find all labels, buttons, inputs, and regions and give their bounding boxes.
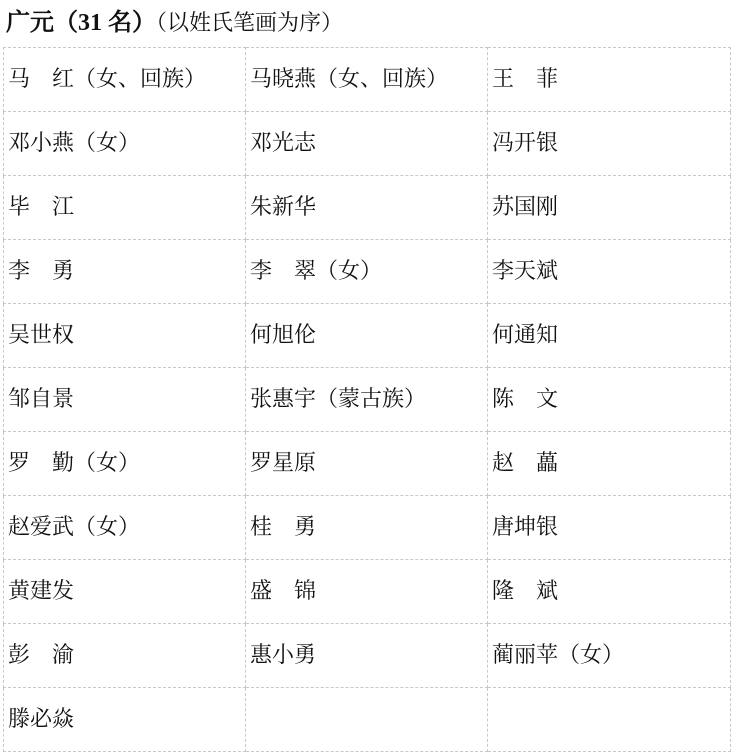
name-cell: 马 红（女、回族） [4, 48, 246, 112]
name-cell: 张惠宇（蒙古族） [246, 368, 488, 432]
name-cell: 朱新华 [246, 176, 488, 240]
name-cell: 邓小燕（女） [4, 112, 246, 176]
name-cell: 冯开银 [488, 112, 731, 176]
name-cell: 邹自景 [4, 368, 246, 432]
name-cell: 赵 藟 [488, 432, 731, 496]
name-cell: 滕必焱 [4, 688, 246, 752]
name-cell: 盛 锦 [246, 560, 488, 624]
name-cell: 陈 文 [488, 368, 731, 432]
name-cell: 黄建发 [4, 560, 246, 624]
name-cell: 罗 勤（女） [4, 432, 246, 496]
name-cell: 彭 渝 [4, 624, 246, 688]
name-cell: 苏国刚 [488, 176, 731, 240]
name-cell: 罗星原 [246, 432, 488, 496]
table-row: 毕 江 朱新华 苏国刚 [4, 176, 731, 240]
name-cell: 唐坤银 [488, 496, 731, 560]
table-row: 李 勇 李 翠（女） 李天斌 [4, 240, 731, 304]
table-row: 邹自景 张惠宇（蒙古族） 陈 文 [4, 368, 731, 432]
empty-cell [246, 688, 488, 752]
name-roster-table: 马 红（女、回族） 马晓燕（女、回族） 王 菲 邓小燕（女） 邓光志 冯开银 毕… [3, 47, 731, 752]
name-cell: 吴世权 [4, 304, 246, 368]
name-cell: 隆 斌 [488, 560, 731, 624]
name-cell: 毕 江 [4, 176, 246, 240]
name-cell: 何旭伦 [246, 304, 488, 368]
name-cell: 蔺丽苹（女） [488, 624, 731, 688]
name-cell: 李天斌 [488, 240, 731, 304]
name-cell: 李 翠（女） [246, 240, 488, 304]
table-row: 罗 勤（女） 罗星原 赵 藟 [4, 432, 731, 496]
table-row: 吴世权 何旭伦 何通知 [4, 304, 731, 368]
empty-cell [488, 688, 731, 752]
heading-title: 广元（31 名） [6, 10, 156, 36]
name-cell: 赵爱武（女） [4, 496, 246, 560]
heading-subtitle: （以姓氏笔画为序） [156, 11, 343, 36]
name-cell: 惠小勇 [246, 624, 488, 688]
table-row: 马 红（女、回族） 马晓燕（女、回族） 王 菲 [4, 48, 731, 112]
name-cell: 马晓燕（女、回族） [246, 48, 488, 112]
name-cell: 何通知 [488, 304, 731, 368]
table-row: 滕必焱 [4, 688, 731, 752]
table-row: 邓小燕（女） 邓光志 冯开银 [4, 112, 731, 176]
table-row: 赵爱武（女） 桂 勇 唐坤银 [4, 496, 731, 560]
name-cell: 桂 勇 [246, 496, 488, 560]
name-cell: 邓光志 [246, 112, 488, 176]
section-heading: 广元（31 名）（以姓氏笔画为序） [6, 4, 343, 40]
name-cell: 李 勇 [4, 240, 246, 304]
name-cell: 王 菲 [488, 48, 731, 112]
table-row: 彭 渝 惠小勇 蔺丽苹（女） [4, 624, 731, 688]
table-row: 黄建发 盛 锦 隆 斌 [4, 560, 731, 624]
